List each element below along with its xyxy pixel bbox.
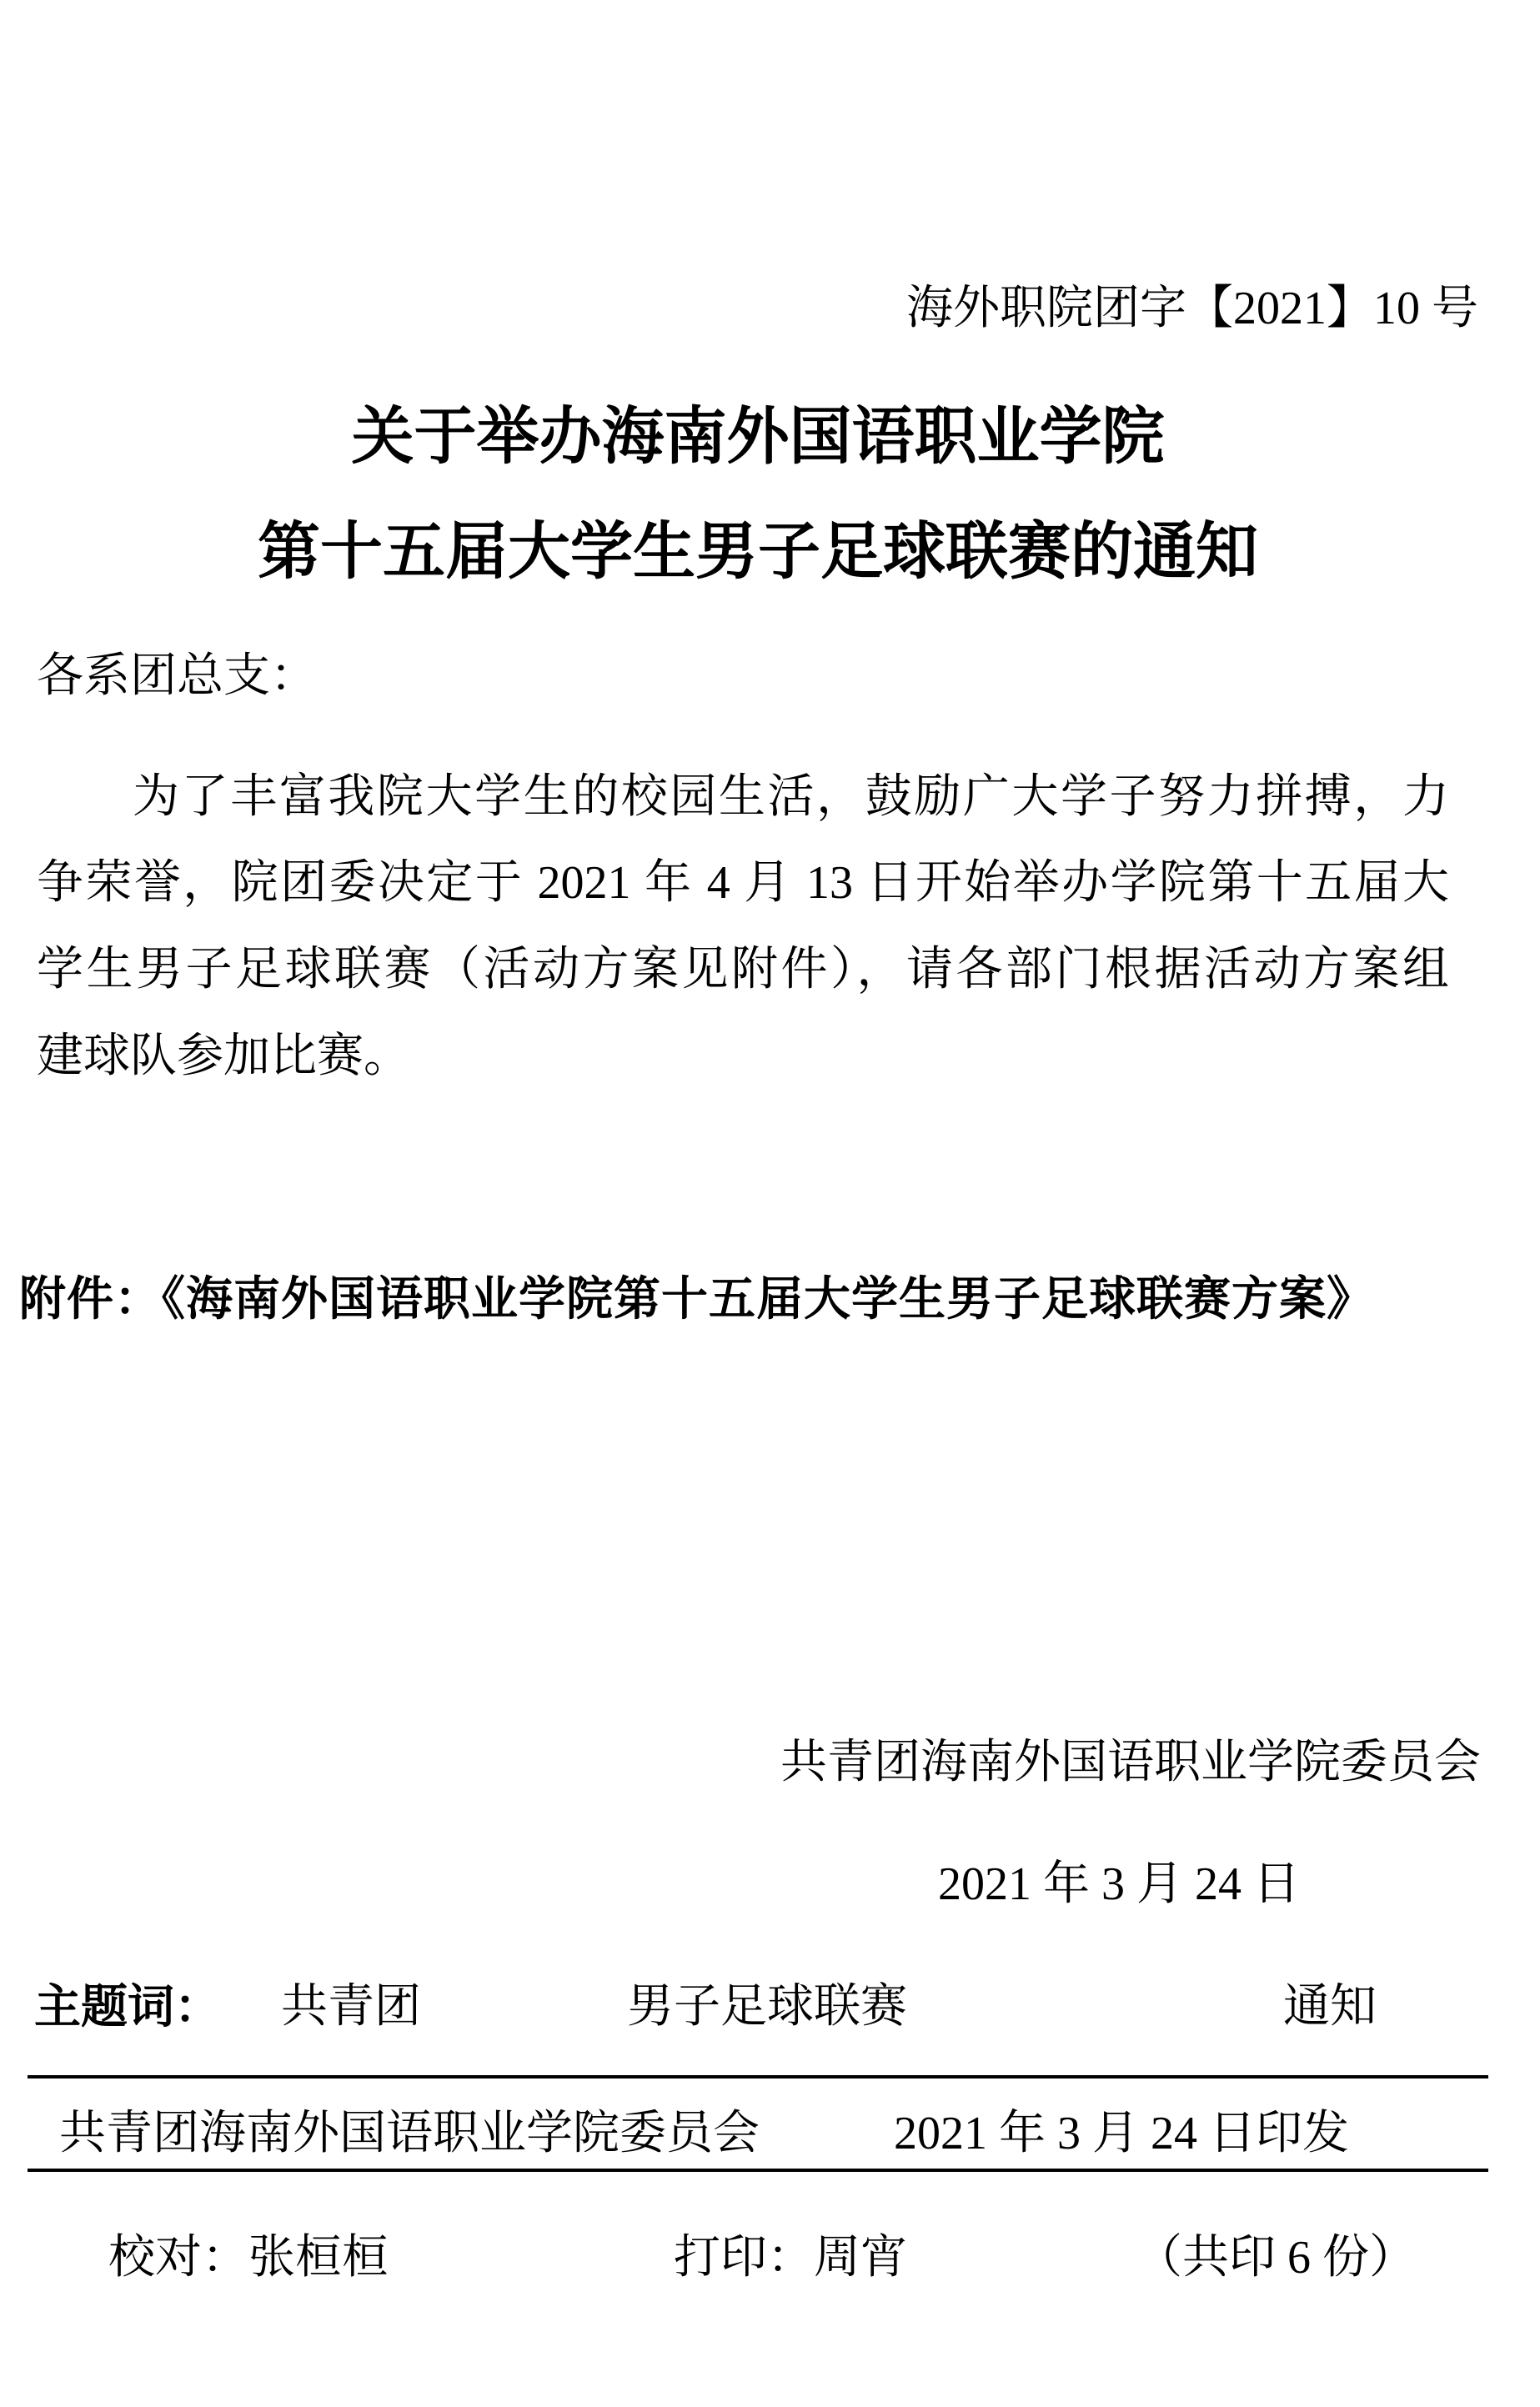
attachment-note: 附件：《海南外国语职业学院第十五届大学生男子足球联赛方案》 (19, 1276, 1374, 1323)
subject-label: 主题词： (34, 1983, 221, 2030)
issue-date: 2021 年 3 月 24 日印发 (894, 2110, 1349, 2157)
divider-top (28, 2075, 1488, 2079)
paragraph-line: 建球队参加比赛。 (37, 1033, 1449, 1080)
issuer: 共青团海南外国语职业学院委员会 (59, 2110, 760, 2157)
subject-keyword: 男子足球联赛 (627, 1983, 907, 2030)
paragraph-line: 学生男子足球联赛（活动方案见附件），请各部门根据活动方案组 (37, 946, 1449, 993)
salutation: 各系团总支： (37, 653, 317, 700)
divider-bottom (28, 2169, 1488, 2172)
document-number: 海外职院团字【2021】10 号 (906, 285, 1478, 332)
printer: 打印：周宵 (674, 2234, 907, 2281)
signing-date: 2021 年 3 月 24 日 (938, 1861, 1300, 1908)
page-title-line-2: 第十五届大学生男子足球联赛的通知 (0, 520, 1516, 583)
copies-count: （共印 6 份） (1136, 2234, 1416, 2281)
subject-keyword: 通知 (1283, 1983, 1377, 2030)
paragraph-line: 争荣誉，院团委决定于 2021 年 4 月 13 日开始举办学院第十五届大 (37, 860, 1449, 906)
paragraph-line: 为了丰富我院大学生的校园生活，鼓励广大学子努力拼搏，力 (37, 774, 1449, 820)
proofreader: 校对：张桓桓 (108, 2234, 389, 2281)
page-title-line-1: 关于举办海南外国语职业学院 (0, 405, 1516, 468)
signing-organization: 共青团海南外国语职业学院委员会 (780, 1739, 1481, 1786)
subject-keyword: 共青团 (281, 1983, 421, 2030)
